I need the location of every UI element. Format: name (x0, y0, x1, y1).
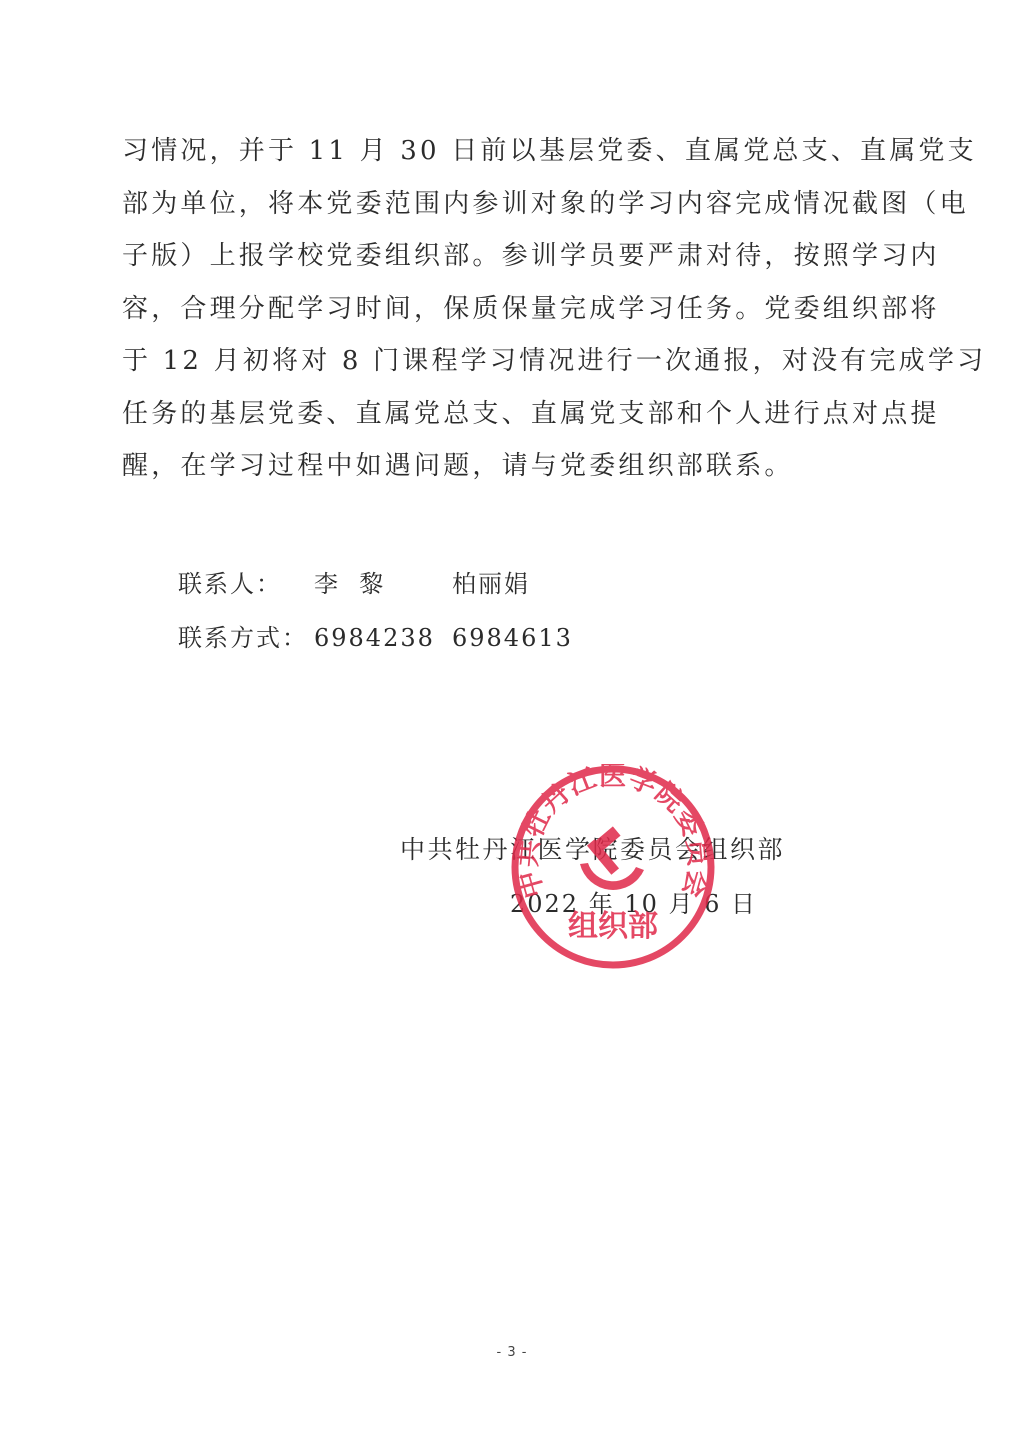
body-line: 习情况，并于 11 月 30 日前以基层党委、直属党总支、直属党支 (122, 125, 904, 178)
stamp-center-text: 组织部 (568, 909, 658, 944)
official-seal-stamp: 中共牡丹江医学院委员会 组织部 (510, 764, 716, 970)
hammer-sickle-icon (580, 826, 644, 890)
contact-phone-1: 6984238 (314, 624, 452, 652)
body-line: 任务的基层党委、直属党总支、直属党支部和个人进行点对点提 (122, 388, 904, 441)
body-line: 子版）上报学校党委组织部。参训学员要严肃对待，按照学习内 (122, 230, 904, 283)
body-paragraph: 习情况，并于 11 月 30 日前以基层党委、直属党总支、直属党支 部为单位，将… (122, 125, 904, 493)
contact-person-2: 柏丽娟 (452, 570, 530, 598)
contact-phone-row: 联系方式：69842386984613 (178, 618, 573, 653)
contact-person-row: 联系人：李 黎柏丽娟 (178, 564, 530, 599)
body-line: 部为单位，将本党委范围内参训对象的学习内容完成情况截图（电 (122, 178, 904, 231)
body-line: 容，合理分配学习时间，保质保量完成学习任务。党委组织部将 (122, 283, 904, 336)
contact-person-1: 李 黎 (314, 564, 452, 599)
body-line: 醒，在学习过程中如遇问题，请与党委组织部联系。 (122, 440, 904, 493)
contact-phone-label: 联系方式： (178, 618, 314, 653)
contact-phone-2: 6984613 (452, 624, 573, 652)
body-line: 于 12 月初将对 8 门课程学习情况进行一次通报，对没有完成学习 (122, 335, 904, 388)
contact-person-label: 联系人： (178, 564, 314, 599)
page-number: - 3 - (0, 1345, 1024, 1360)
